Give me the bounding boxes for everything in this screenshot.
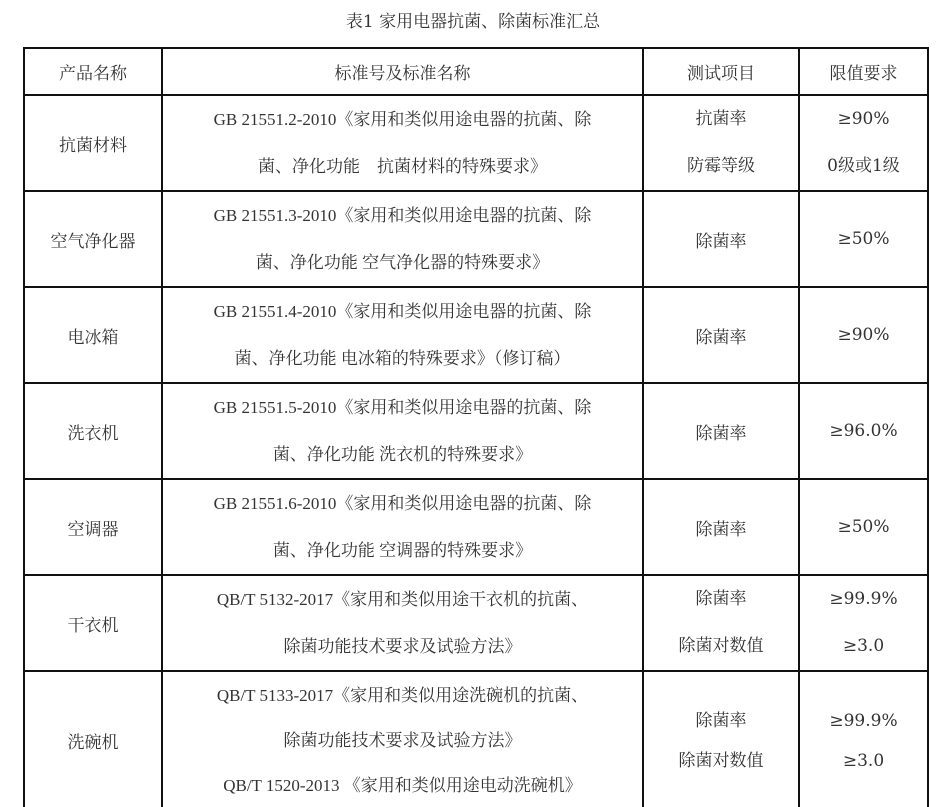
standard-line: GB 21551.5-2010《家用和类似用途电器的抗菌、除 [163,384,642,431]
standard-line: GB 21551.3-2010《家用和类似用途电器的抗菌、除 [163,192,642,239]
standard-line: 菌、净化功能 洗衣机的特殊要求》 [163,431,642,478]
test-item-cell: 抗菌率 防霉等级 [643,95,799,191]
standard-line: 菌、净化功能 电冰箱的特殊要求》（修订稿） [163,335,642,382]
product-cell: 空调器 [24,479,162,575]
header-limit: 限值要求 [799,48,928,95]
limit-value: ≥99.9% [800,576,927,623]
test-item: 除菌对数值 [644,741,798,781]
standard-line: GB 21551.2-2010《家用和类似用途电器的抗菌、除 [163,96,642,143]
product-cell: 电冰箱 [24,287,162,383]
test-item-cell: 除菌率 [643,191,799,287]
limit-cell: ≥99.9% ≥3.0 [799,671,928,807]
limit-cell: ≥96.0% [799,383,928,479]
table-row: 洗衣机 GB 21551.5-2010《家用和类似用途电器的抗菌、除 菌、净化功… [24,383,928,479]
test-item-cell: 除菌率 [643,287,799,383]
limit-cell: ≥50% [799,191,928,287]
limit-value: ≥3.0 [800,623,927,670]
product-cell: 抗菌材料 [24,95,162,191]
limit-value: ≥90% [800,96,927,143]
table-row: 干衣机 QB/T 5132-2017《家用和类似用途干衣机的抗菌、 除菌功能技术… [24,575,928,671]
header-row: 产品名称 标准号及标准名称 测试项目 限值要求 [24,48,928,95]
standard-cell: GB 21551.4-2010《家用和类似用途电器的抗菌、除 菌、净化功能 电冰… [162,287,643,383]
test-item-cell: 除菌率 [643,383,799,479]
table-row: 空调器 GB 21551.6-2010《家用和类似用途电器的抗菌、除 菌、净化功… [24,479,928,575]
test-item: 除菌率 [644,701,798,741]
product-cell: 洗衣机 [24,383,162,479]
test-item: 除菌率 [644,576,798,623]
table-caption: 表1 家用电器抗菌、除菌标准汇总 [0,10,946,34]
limit-value: 0级或1级 [800,143,927,190]
header-product: 产品名称 [24,48,162,95]
standard-line: GB 21551.6-2010《家用和类似用途电器的抗菌、除 [163,480,642,527]
product-cell: 空气净化器 [24,191,162,287]
standard-cell: QB/T 5133-2017《家用和类似用途洗碗机的抗菌、 除菌功能技术要求及试… [162,671,643,807]
standard-line: 除菌功能技术要求及试验方法》 [163,623,642,670]
limit-cell: ≥99.9% ≥3.0 [799,575,928,671]
limit-cell: ≥90% 0级或1级 [799,95,928,191]
test-item: 抗菌率 [644,96,798,143]
test-item-cell: 除菌率 [643,479,799,575]
limit-cell: ≥50% [799,479,928,575]
table-row: 电冰箱 GB 21551.4-2010《家用和类似用途电器的抗菌、除 菌、净化功… [24,287,928,383]
standard-cell: QB/T 5132-2017《家用和类似用途干衣机的抗菌、 除菌功能技术要求及试… [162,575,643,671]
standard-cell: GB 21551.3-2010《家用和类似用途电器的抗菌、除 菌、净化功能 空气… [162,191,643,287]
standard-line: QB/T 5133-2017《家用和类似用途洗碗机的抗菌、 [163,673,642,718]
test-item-cell: 除菌率 除菌对数值 [643,671,799,807]
test-item: 防霉等级 [644,143,798,190]
standards-table: 产品名称 标准号及标准名称 测试项目 限值要求 抗菌材料 GB 21551.2-… [23,47,929,807]
table-row: 抗菌材料 GB 21551.2-2010《家用和类似用途电器的抗菌、除 菌、净化… [24,95,928,191]
standard-line: 除菌功能技术要求及试验方法》 [163,718,642,763]
product-cell: 洗碗机 [24,671,162,807]
table-row: 空气净化器 GB 21551.3-2010《家用和类似用途电器的抗菌、除 菌、净… [24,191,928,287]
standard-cell: GB 21551.6-2010《家用和类似用途电器的抗菌、除 菌、净化功能 空调… [162,479,643,575]
standard-line: 菌、净化功能 空调器的特殊要求》 [163,527,642,574]
standard-cell: GB 21551.2-2010《家用和类似用途电器的抗菌、除 菌、净化功能 抗菌… [162,95,643,191]
header-standard: 标准号及标准名称 [162,48,643,95]
standard-line: GB 21551.4-2010《家用和类似用途电器的抗菌、除 [163,288,642,335]
standard-line: QB/T 5132-2017《家用和类似用途干衣机的抗菌、 [163,576,642,623]
test-item: 除菌对数值 [644,623,798,670]
standard-cell: GB 21551.5-2010《家用和类似用途电器的抗菌、除 菌、净化功能 洗衣… [162,383,643,479]
limit-value: ≥3.0 [800,741,927,781]
limit-cell: ≥90% [799,287,928,383]
standard-line: 菌、净化功能 抗菌材料的特殊要求》 [163,143,642,190]
table-row: 洗碗机 QB/T 5133-2017《家用和类似用途洗碗机的抗菌、 除菌功能技术… [24,671,928,807]
test-item-cell: 除菌率 除菌对数值 [643,575,799,671]
limit-value: ≥99.9% [800,701,927,741]
standard-line: QB/T 1520-2013 《家用和类似用途电动洗碗机》 [163,763,642,807]
header-test-item: 测试项目 [643,48,799,95]
standard-line: 菌、净化功能 空气净化器的特殊要求》 [163,239,642,286]
product-cell: 干衣机 [24,575,162,671]
